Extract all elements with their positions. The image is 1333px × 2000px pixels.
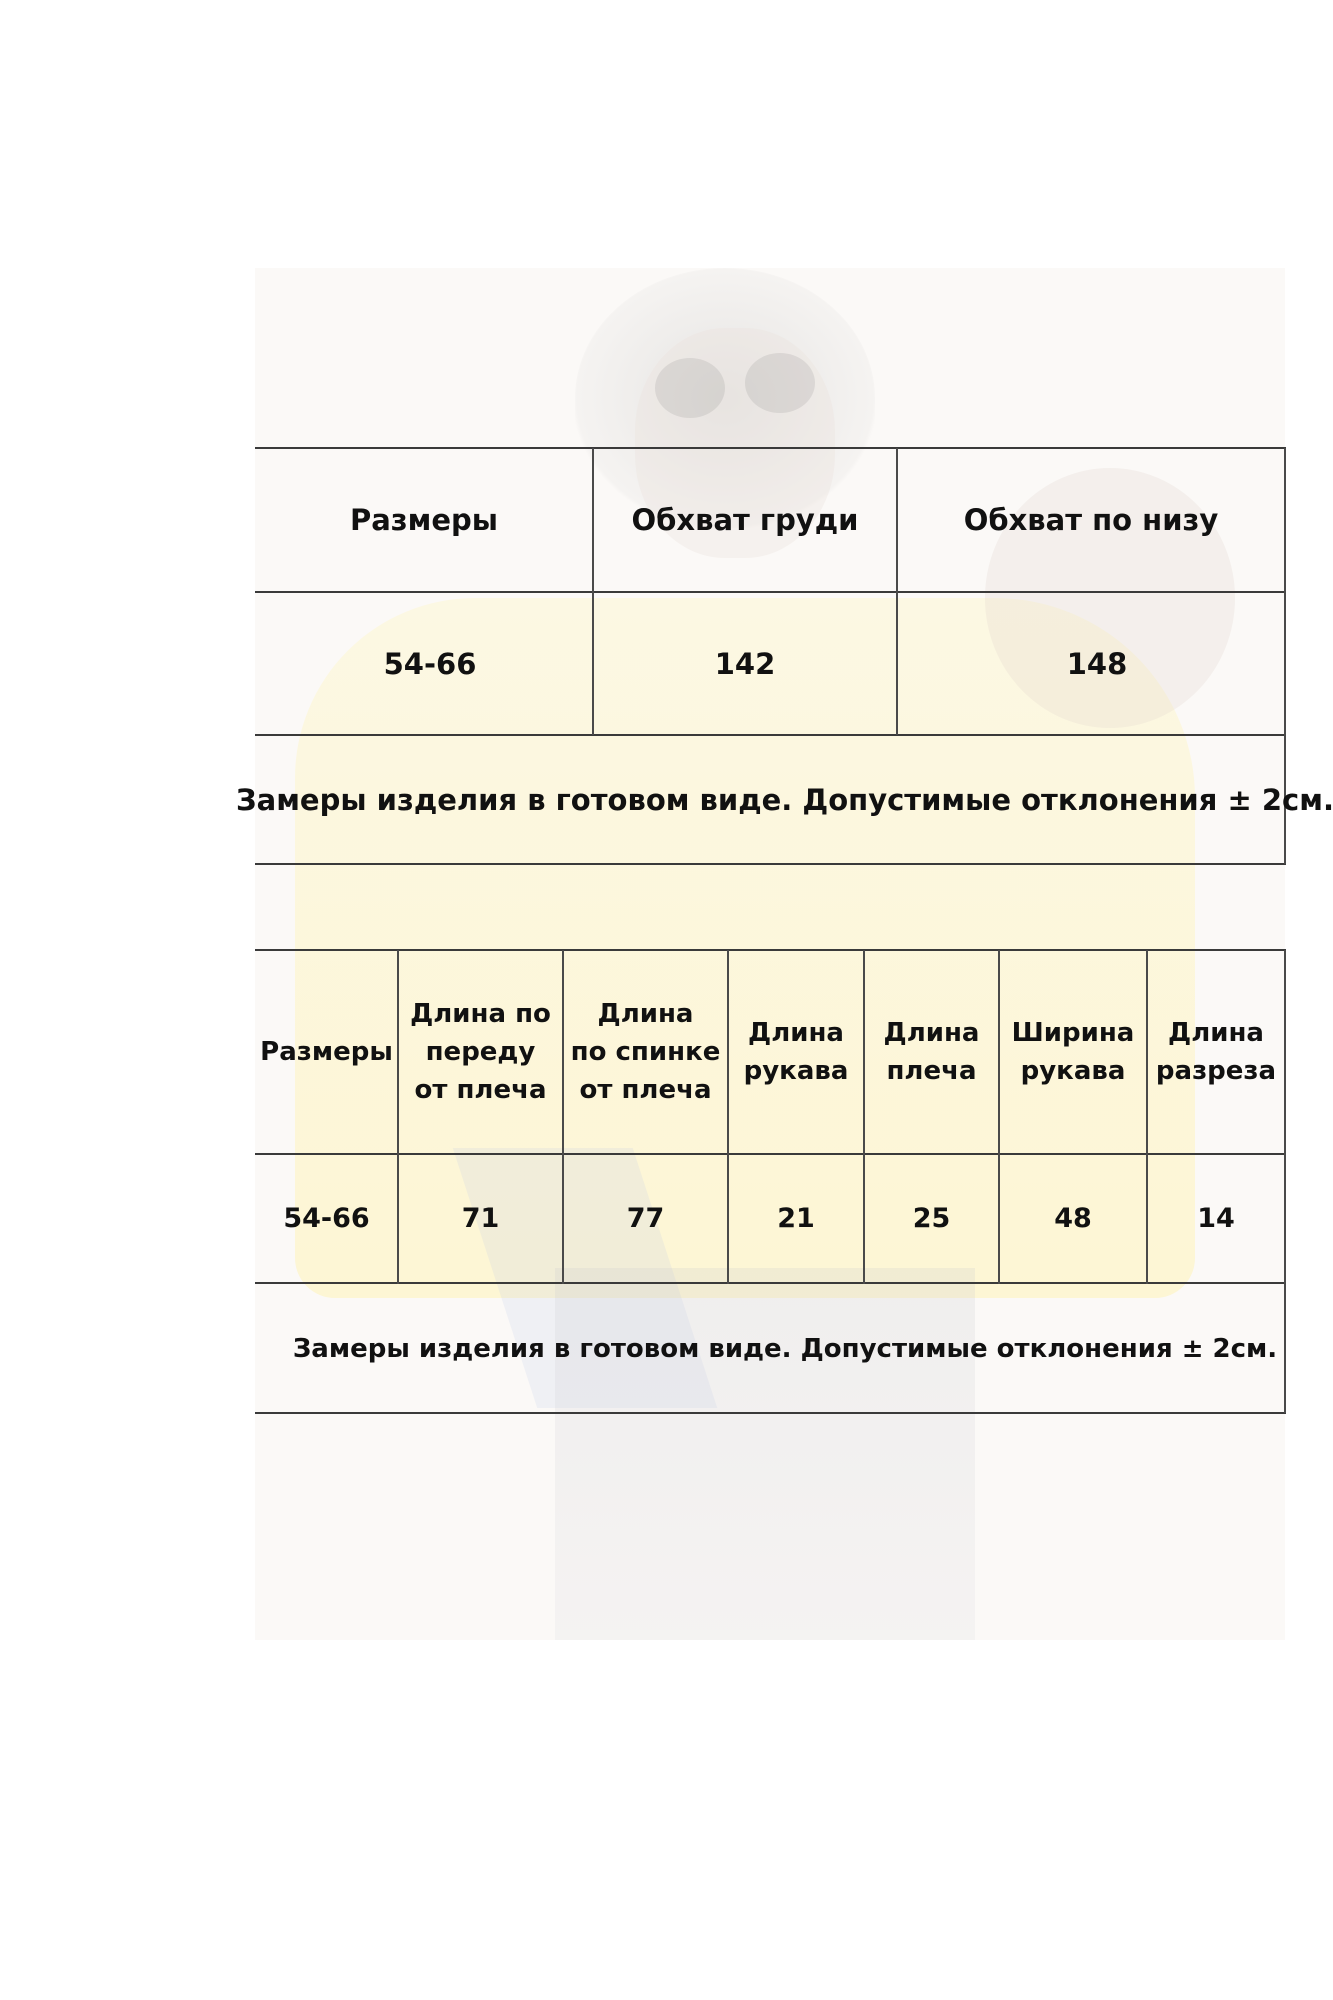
header-line: рукава: [1021, 1052, 1126, 1090]
header-line: Длина: [884, 1014, 980, 1052]
header-line: переду: [426, 1033, 536, 1071]
value-slit-length: 14: [1147, 1154, 1285, 1283]
header-back-length: Длинапо спинкеот плеча: [563, 950, 728, 1154]
value-sleeve-length: 21: [728, 1154, 864, 1283]
header-line: разреза: [1156, 1052, 1276, 1090]
measurement-note: Замеры изделия в готовом виде. Допустимы…: [255, 1284, 1285, 1413]
header-hem-girth: Обхват по низу: [897, 448, 1285, 592]
size-table-lengths: РазмерыДлина попередуот плечаДлинапо спи…: [255, 950, 1285, 1415]
header-line: от плеча: [414, 1071, 546, 1109]
header-line: Размеры: [260, 1033, 393, 1071]
header-line: Длина: [748, 1014, 844, 1052]
value-front-length: 71: [398, 1154, 563, 1283]
header-front-length: Длина попередуот плеча: [398, 950, 563, 1154]
header-chest-girth: Обхват груди: [593, 448, 897, 592]
header-line: Ширина: [1012, 1014, 1135, 1052]
header-line: Длина: [1168, 1014, 1264, 1052]
measurement-note: Замеры изделия в готовом виде. Допустимы…: [255, 735, 1285, 864]
header-slit-length: Длинаразреза: [1147, 950, 1285, 1154]
header-shoulder-length: Длинаплеча: [864, 950, 999, 1154]
value-sleeve-width: 48: [999, 1154, 1147, 1283]
header-sleeve-width: Ширинарукава: [999, 950, 1147, 1154]
header-sizes: Размеры: [255, 448, 593, 592]
header-sizes: Размеры: [255, 950, 398, 1154]
value-sizes: 54-66: [255, 1154, 398, 1283]
header-line: рукава: [744, 1052, 849, 1090]
header-line: Длина по: [410, 995, 551, 1033]
header-sleeve-length: Длинарукава: [728, 950, 864, 1154]
photo-sunglasses-left: [655, 358, 725, 418]
value-hem-girth: 148: [897, 592, 1297, 735]
value-shoulder-length: 25: [864, 1154, 999, 1283]
header-line: Длина: [598, 995, 694, 1033]
value-sizes: 54-66: [255, 592, 605, 735]
value-back-length: 77: [563, 1154, 728, 1283]
header-line: от плеча: [579, 1071, 711, 1109]
header-line: плеча: [886, 1052, 976, 1090]
value-chest-girth: 142: [593, 592, 897, 735]
size-table-girth: Размеры Обхват груди Обхват по низу 54-6…: [255, 448, 1285, 866]
photo-sunglasses-right: [745, 353, 815, 413]
header-line: по спинке: [571, 1033, 721, 1071]
